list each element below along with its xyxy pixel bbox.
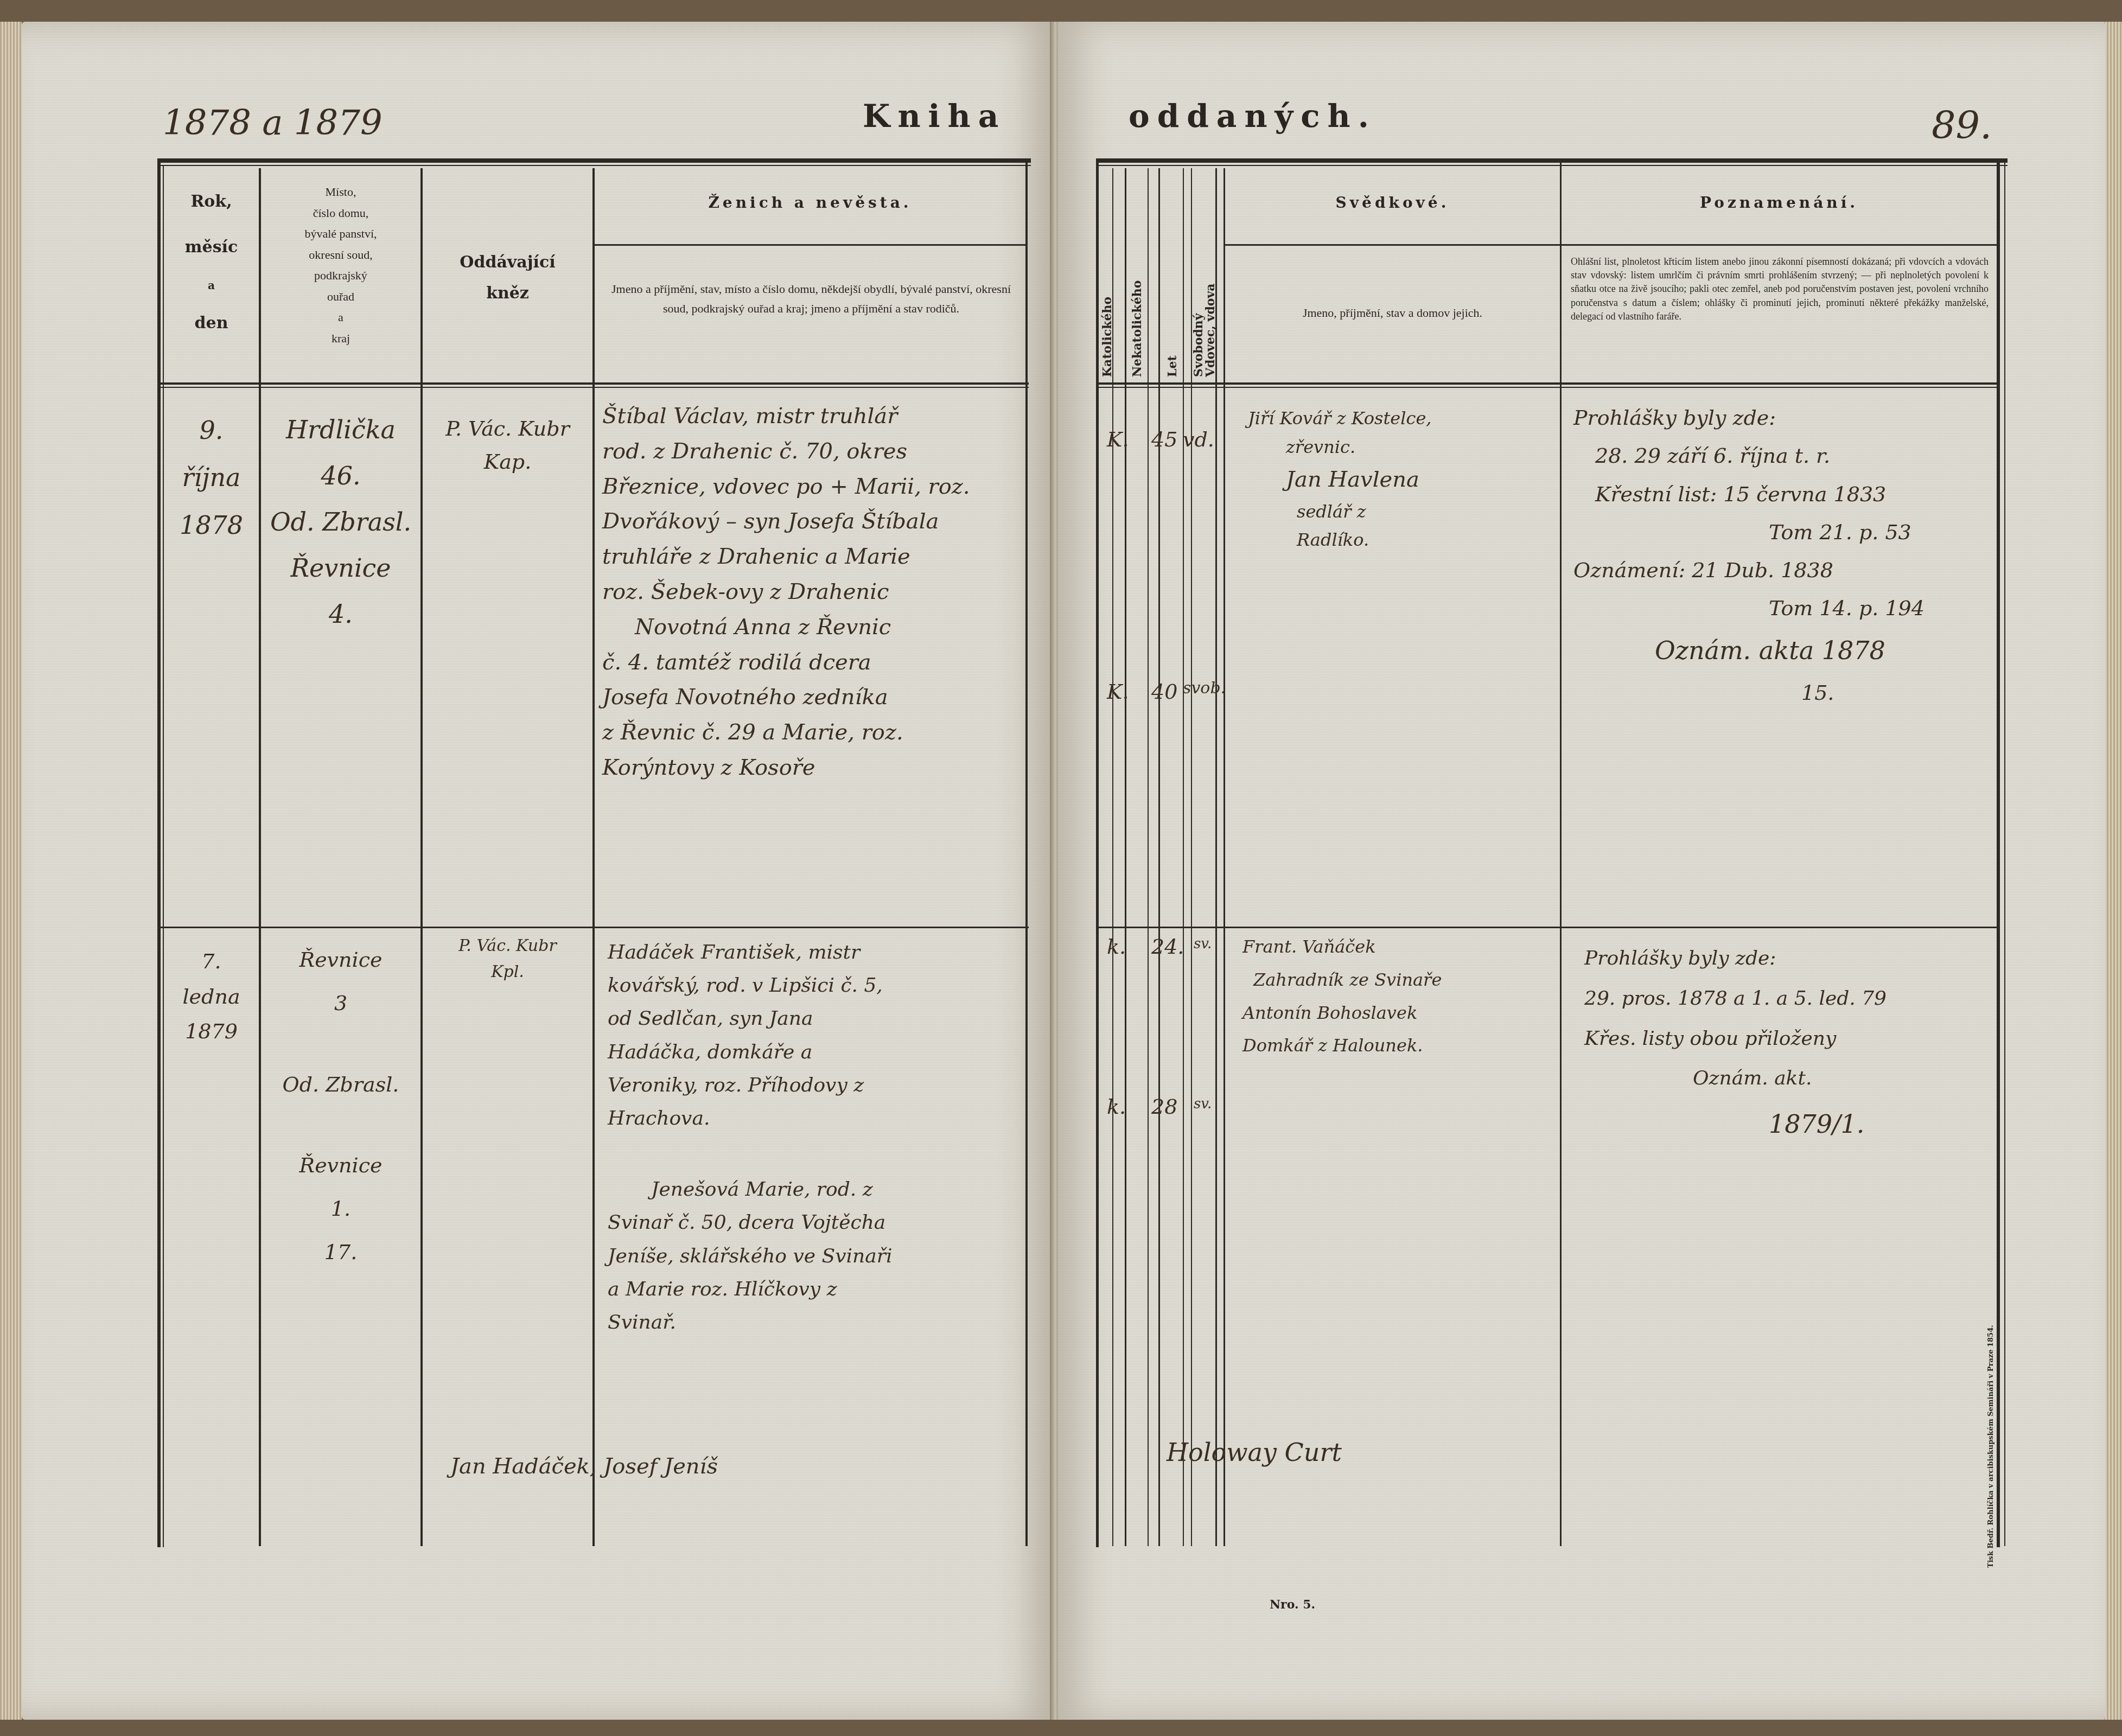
header-vdovec: Vdovec, vdova [1203, 255, 1218, 377]
page-number: 89. [1932, 103, 1992, 148]
header-poznamenani-title: Poznamenání. [1562, 193, 1997, 213]
entry-2-bride-status: sv. [1194, 1096, 1212, 1112]
entry-1-bride-religion: K. [1107, 675, 1129, 709]
signature-right: Holoway Curt [1167, 1438, 1342, 1467]
entry-2-groom-bride: Hadáček František, mistr kovářský, rod. … [608, 936, 1025, 1339]
entry-2-date: 7. ledna 1879 [164, 944, 259, 1049]
header-katolickeho: Katolického [1100, 260, 1114, 377]
header-nekatolickeho: Nekatolického [1130, 255, 1144, 377]
header-knez: Oddávající kněz [423, 247, 592, 309]
entry-1-groom-status: vd. [1183, 423, 1214, 456]
entry-1-place: Hrdlička 46. Od. Zbrasl. Řevnice 4. [261, 407, 420, 637]
header-zenich-title: Ženich a nevěsta. [595, 193, 1025, 213]
header-svedkove-title: Svědkové. [1225, 193, 1560, 213]
header-poznamenani-desc: Ohlášní list, plnoletost křticím listem … [1571, 255, 1989, 323]
entry-1-bride-status: svob. [1183, 675, 1226, 701]
entry-2-priest: P. Vác. Kubr Kpl. [423, 933, 592, 985]
header-misto: Místo, číslo domu, bývalé panství, okres… [261, 182, 420, 349]
entry-1-date: 9. října 1878 [164, 407, 259, 549]
header-let: Let [1165, 336, 1180, 377]
header-zenich-desc: Jmeno a příjmění, stav, místo a číslo do… [608, 279, 1015, 319]
entry-2-bride-age: 28 [1151, 1090, 1177, 1124]
entry-2-place: Řevnice 3 Od. Zbrasl. Řevnice 1. 17. [261, 939, 420, 1274]
signature-left: Jan Hadáček, Josef Jeníš [450, 1454, 718, 1479]
page-edge-left [0, 22, 22, 1720]
handwritten-year-range: 1878 a 1879 [163, 103, 383, 143]
title-left: Kniha [863, 98, 1006, 135]
header-svedkove-desc: Jmeno, příjmění, stav a domov jejich. [1225, 305, 1560, 321]
entry-1-groom-age: 45 [1151, 423, 1177, 456]
entry-2-remarks: Prohlášky byly zde: 29. pros. 1878 a 1. … [1584, 939, 1997, 1150]
entry-1-witnesses: Jiří Kovář z Kostelce, zřevnic. Jan Havl… [1248, 404, 1557, 554]
printer-imprint: Tisk Bedř. Rohlíčka v arcibiskupském Sem… [1987, 1264, 1995, 1568]
form-number: Nro. 5. [1270, 1598, 1315, 1612]
entry-2-groom-age: 24. [1151, 930, 1184, 963]
entry-1-groom-bride: Štíbal Václav, mistr truhlář rod. z Drah… [602, 399, 1025, 786]
entry-2-groom-status: sv. [1194, 936, 1212, 952]
entry-2-witnesses: Frant. Vaňáček Zahradník ze Svinaře Anto… [1242, 930, 1557, 1062]
header-rok: Rok, měsíc a den [164, 179, 259, 346]
entry-1-groom-religion: K. [1107, 423, 1129, 456]
entry-1-remarks: Prohlášky byly zde: 28. 29 září 6. října… [1573, 399, 1986, 712]
entry-2-groom-religion: k. [1107, 930, 1126, 963]
entry-1-bride-age: 40 [1151, 675, 1177, 709]
title-right: oddaných. [1129, 98, 1377, 135]
entry-1-priest: P. Vác. Kubr Kap. [423, 412, 592, 478]
entry-2-bride-religion: k. [1107, 1090, 1126, 1124]
